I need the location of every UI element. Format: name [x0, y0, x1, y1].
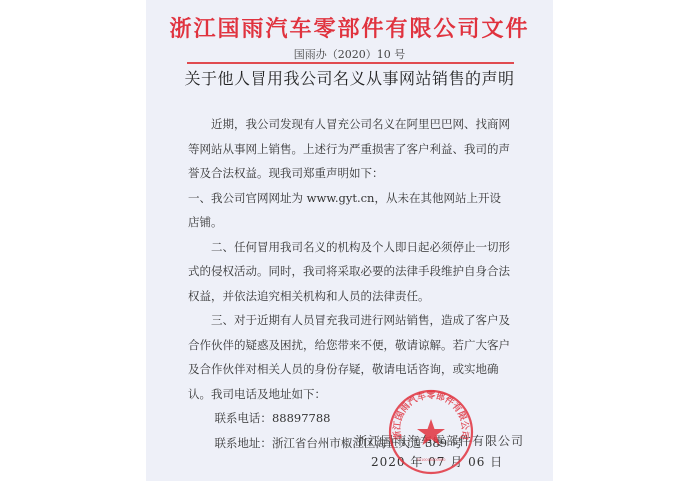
paragraph-one: 一、我公司官网网址为 www.gyt.cn，从未在其他网站上开设店铺。 [188, 186, 510, 235]
paragraph-two: 二、任何冒用我司名义的机构及个人即日起必须停止一切形式的侵权活动。同时，我司将采… [188, 235, 510, 309]
phone-value: 88897788 [272, 411, 331, 425]
paragraph-intro: 近期，我公司发现有人冒充公司名义在阿里巴巴网、找商网等网站从事网上销售。上述行为… [188, 112, 510, 186]
header-title: 浙江国雨汽车零部件有限公司文件 [146, 12, 553, 43]
red-divider [187, 62, 514, 64]
phone-label: 联系电话： [214, 411, 272, 425]
svg-text:3310000000000: 3310000000000 [417, 458, 446, 462]
document-subject: 关于他人冒用我公司名义从事网站销售的声明 [146, 66, 553, 89]
document-page: 浙江国雨汽车零部件有限公司文件 国雨办（2020）10 号 关于他人冒用我公司名… [146, 0, 553, 481]
address-label: 联系地址： [214, 436, 272, 450]
doc-number: 国雨办（2020）10 号 [146, 46, 553, 62]
company-seal-icon: 浙江国雨汽车零部件有限公司 3310000000000 [388, 389, 474, 475]
